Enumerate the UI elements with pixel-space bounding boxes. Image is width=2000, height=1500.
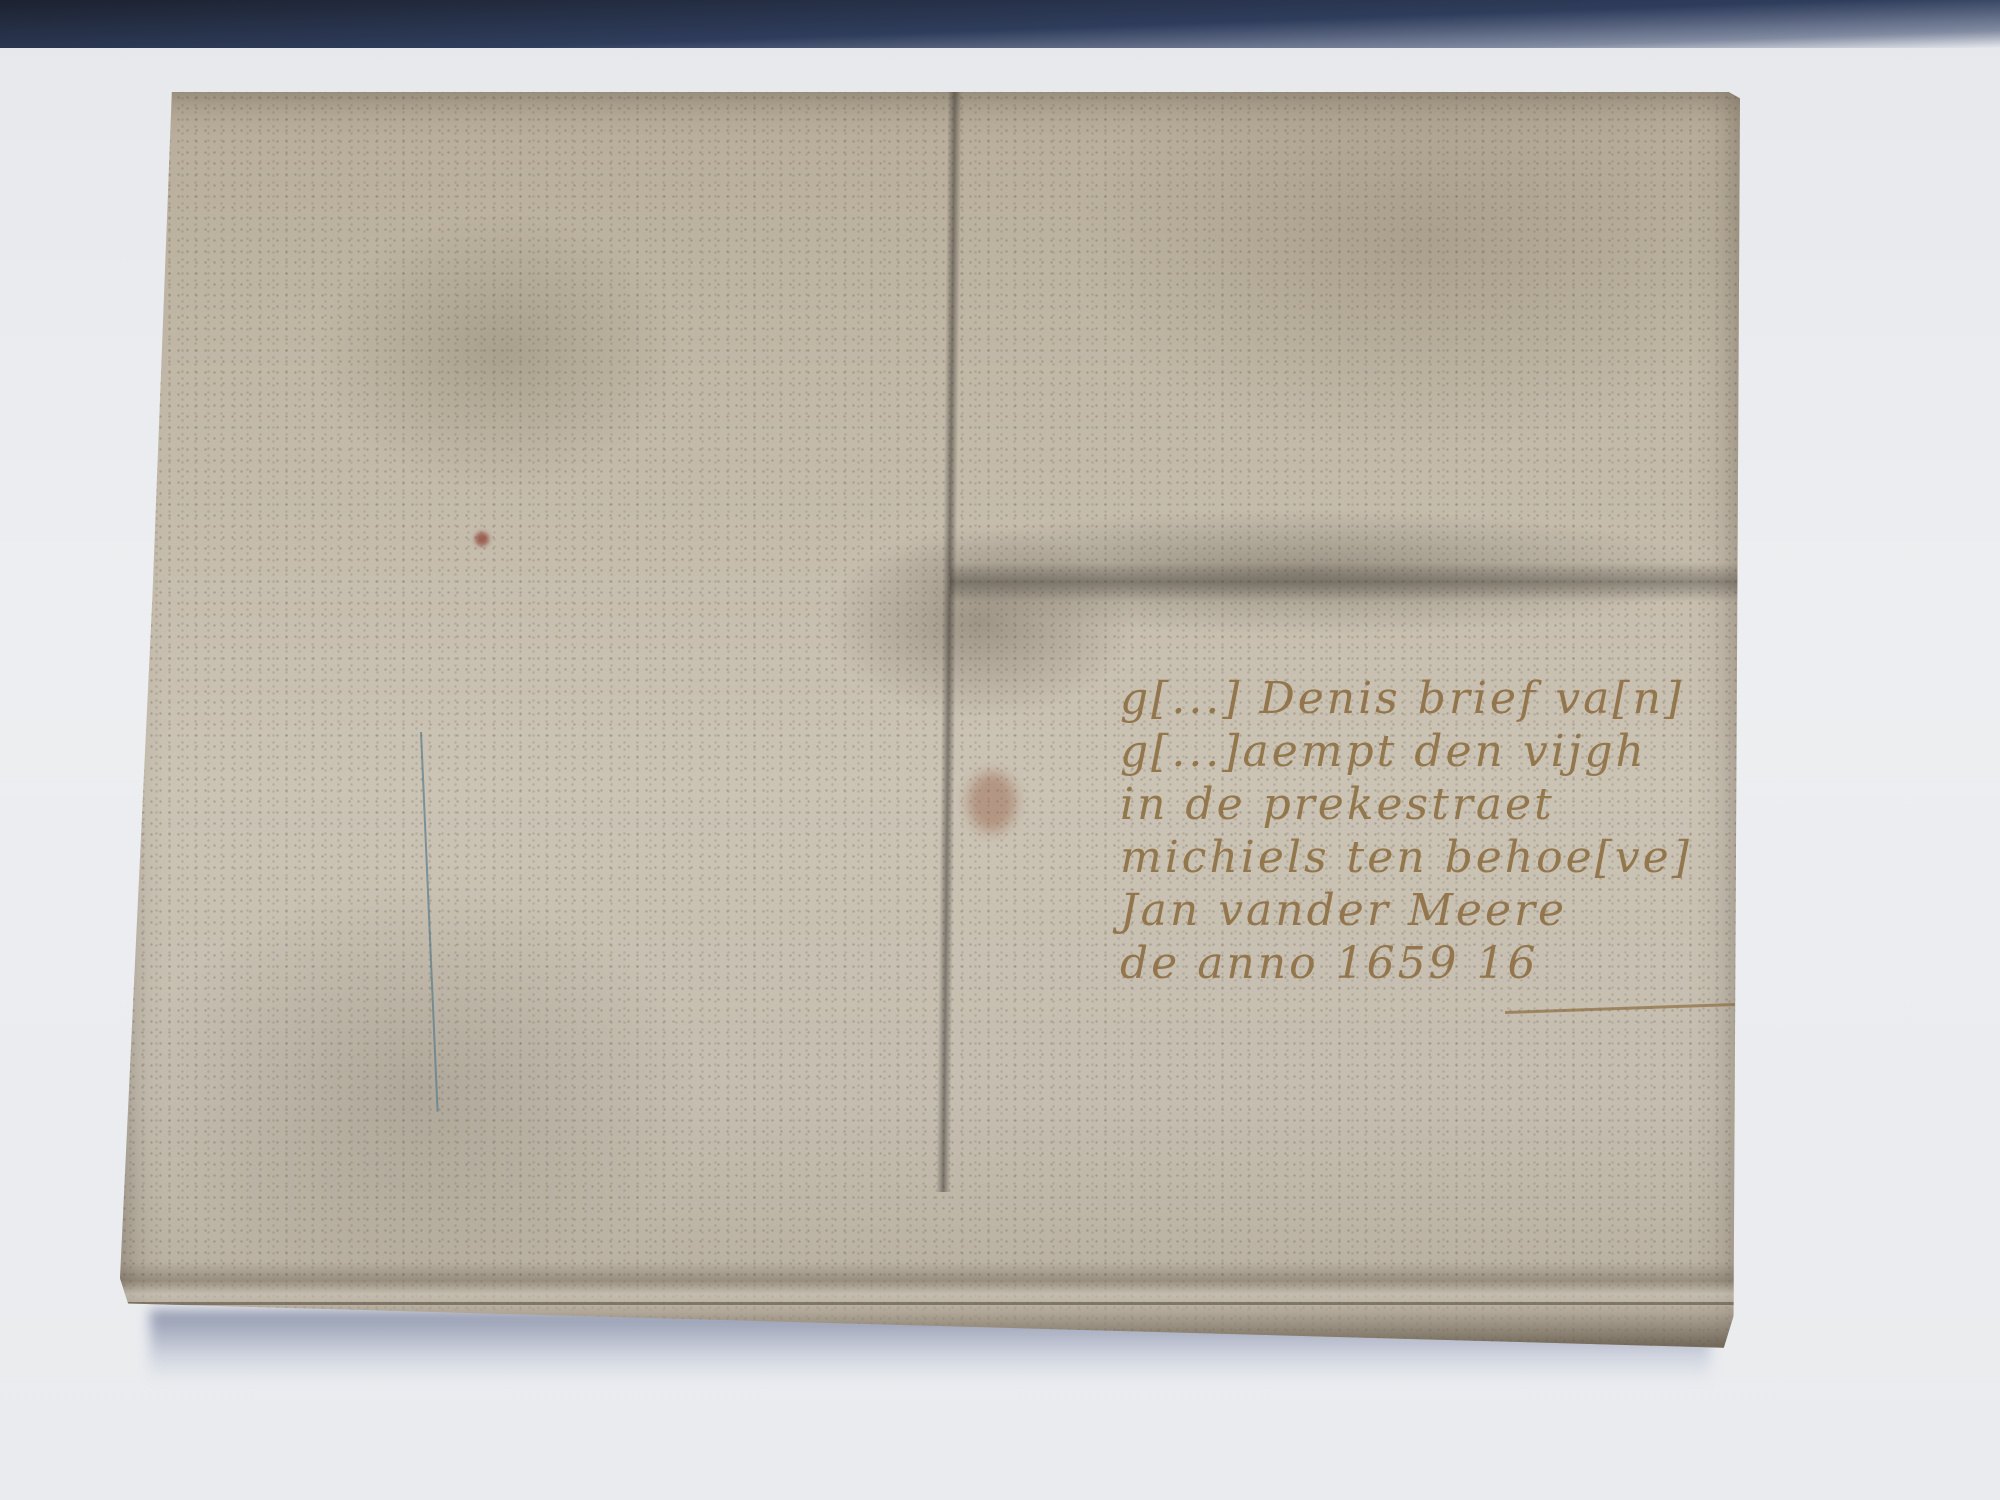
inscription-line: Jan vander Meere [1120, 884, 1740, 937]
dark-object-edge [0, 0, 2000, 48]
inscription-line: de anno 1659 16 [1120, 937, 1740, 990]
handwritten-inscription: g[...] Denis brief va[n] g[...]aempt den… [1120, 672, 1740, 990]
inscription-line: michiels ten behoe[ve] [1120, 831, 1740, 884]
inscription-line: g[...]aempt den vijgh [1120, 725, 1740, 778]
inscription-line: g[...] Denis brief va[n] [1120, 672, 1740, 725]
spine-groove [120, 1302, 1740, 1305]
vellum-document: g[...] Denis brief va[n] g[...]aempt den… [120, 92, 1740, 1354]
red-stain [475, 532, 489, 546]
brown-stain [968, 772, 1016, 832]
inscription-line: in de prekestraet [1120, 778, 1740, 831]
horizontal-fold-crease [950, 562, 1740, 602]
